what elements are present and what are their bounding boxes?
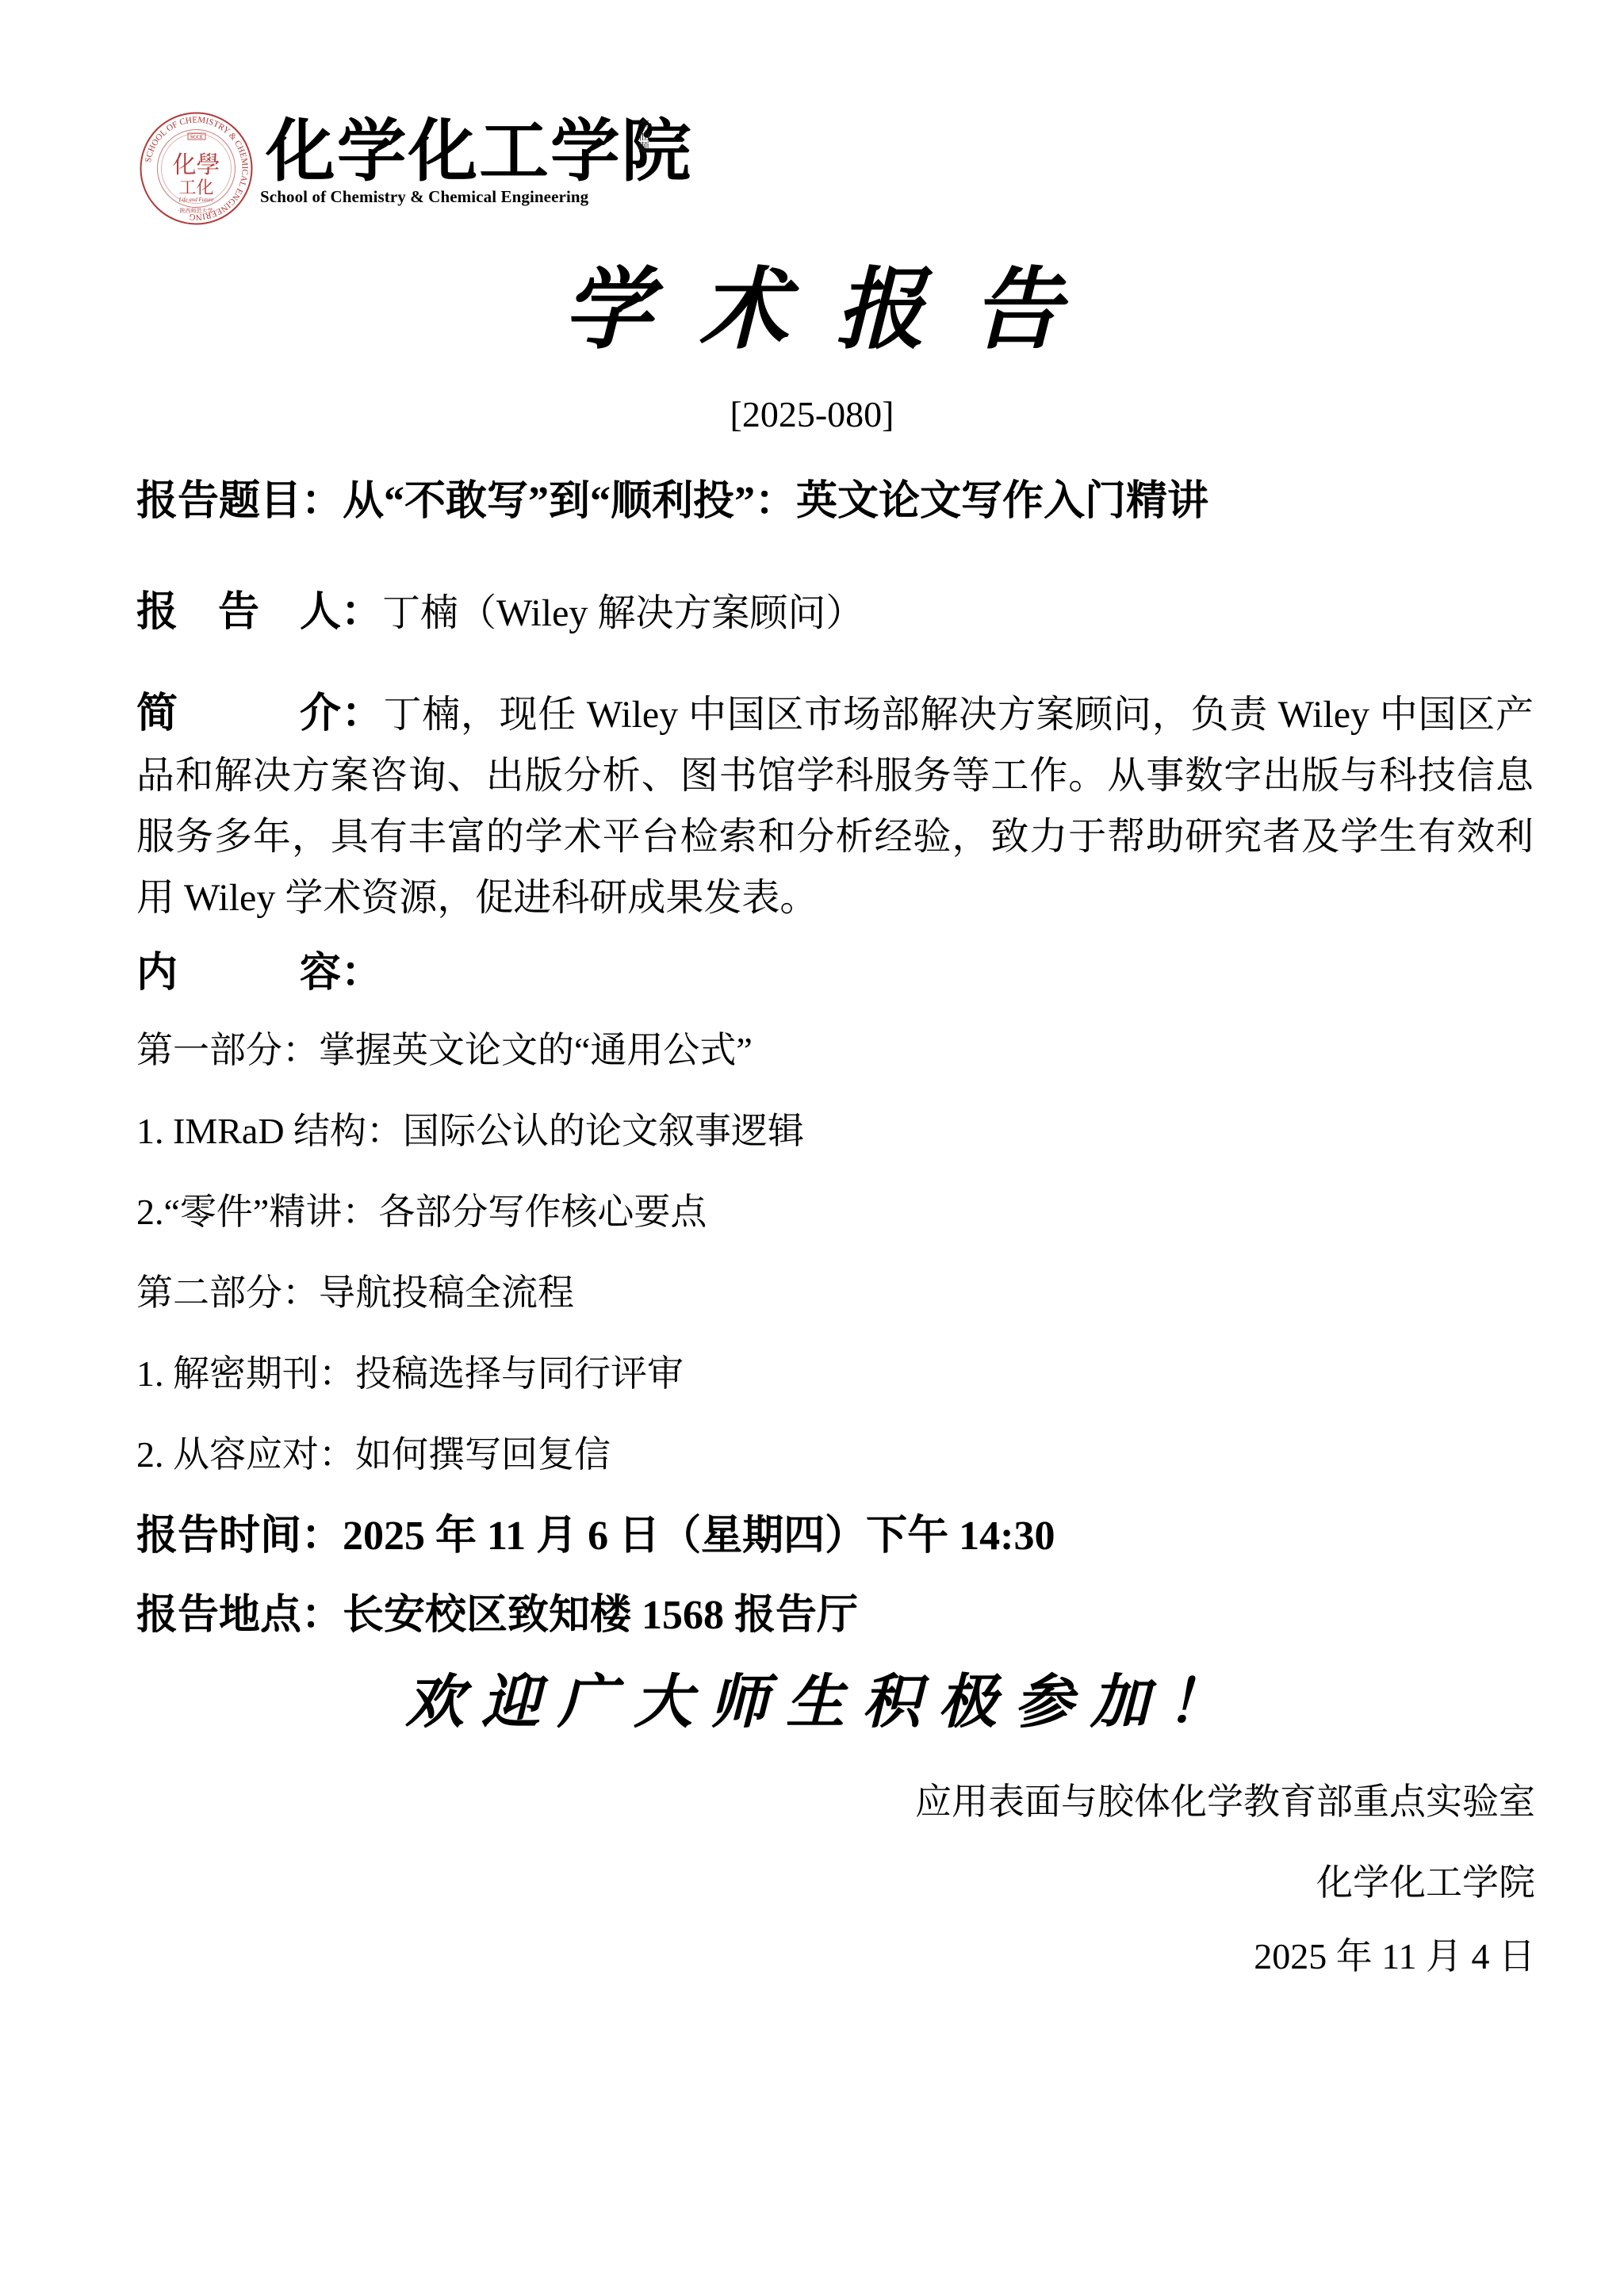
document-title: 学术报告 [0,266,1624,354]
svg-text:工化: 工化 [178,178,213,198]
signature-date: 2025 年 11 月 4 日 [1254,1938,1535,1975]
welcome-message: 欢迎广大师生积极参加！ [0,1673,1624,1732]
svg-text:化學: 化學 [173,151,220,179]
content-item-part2: 第二部分：导航投稿全流程 [136,1275,574,1311]
topic-value: 从“不敢写”到“顺利投”：英文论文写作入门精讲 [343,479,1208,524]
speaker-value: 丁楠（Wiley 解决方案顾问） [382,592,864,634]
content-label-row: 内 容： [136,947,1534,999]
content-item-part2-2: 2. 从容应对：如何撰写回复信 [136,1437,611,1473]
speaker-label-colon: ： [341,590,382,635]
content-item-part1-1: 1. IMRaD 结构：国际公认的论文叙事逻辑 [136,1113,804,1150]
content-item-part2-1: 1. 解密期刊：投稿选择与同行评审 [136,1356,684,1392]
location-label: 报告地点： [136,1593,343,1638]
school-name-cn: 化学化工学院 [266,117,693,186]
time-value: 2025 年 11 月 6 日（星期四）下午 14:30 [343,1513,1055,1559]
topic-label: 报告题目： [136,479,343,524]
time-label: 报告时间： [136,1513,343,1559]
report-time-row: 报告时间：2025 年 11 月 6 日（星期四）下午 14:30 [136,1510,1534,1562]
report-topic-row: 报告题目：从“不敢写”到“顺利投”：英文论文写作入门精讲 [136,476,1534,527]
speaker-row: 报 告 人：丁楠（Wiley 解决方案顾问） [136,587,1534,638]
signature-lab: 应用表面与胶体化学教育部重点实验室 [915,1784,1535,1820]
content-item-part1-2: 2.“零件”精讲：各部分写作核心要点 [136,1194,707,1230]
speaker-label: 报 告 人 [136,587,341,638]
report-location-row: 报告地点：长安校区致知楼 1568 报告厅 [136,1590,1534,1641]
svg-text:SCCE: SCCE [190,136,203,140]
intro-label: 简 介 [136,683,341,744]
intro-label-colon: ： [341,691,383,737]
school-name-en: School of Chemistry & Chemical Engineeri… [260,187,588,207]
location-value: 长安校区致知楼 1568 报告厅 [343,1593,858,1638]
seal-icon: SCHOOL OF CHEMISTRY & CHEMICAL ENGINEERI… [139,111,254,226]
speaker-intro: 简 介：丁楠，现任 Wiley 中国区市场部解决方案顾问，负责 Wiley 中国… [136,683,1534,928]
svg-text:·陕西师范大学·: ·陕西师范大学· [178,207,214,214]
content-label-colon: ： [341,951,382,996]
signature-school: 化学化工学院 [1316,1865,1535,1901]
content-item-part1: 第一部分：掌握英文论文的“通用公式” [136,1032,753,1069]
svg-text:Life and Future: Life and Future [178,197,214,203]
content-label: 内 容 [136,947,341,999]
calligrapher-signature: 李仙题 [634,119,649,152]
document-number: [2025-080] [0,396,1624,433]
school-seal-logo: SCHOOL OF CHEMISTRY & CHEMICAL ENGINEERI… [139,111,254,226]
